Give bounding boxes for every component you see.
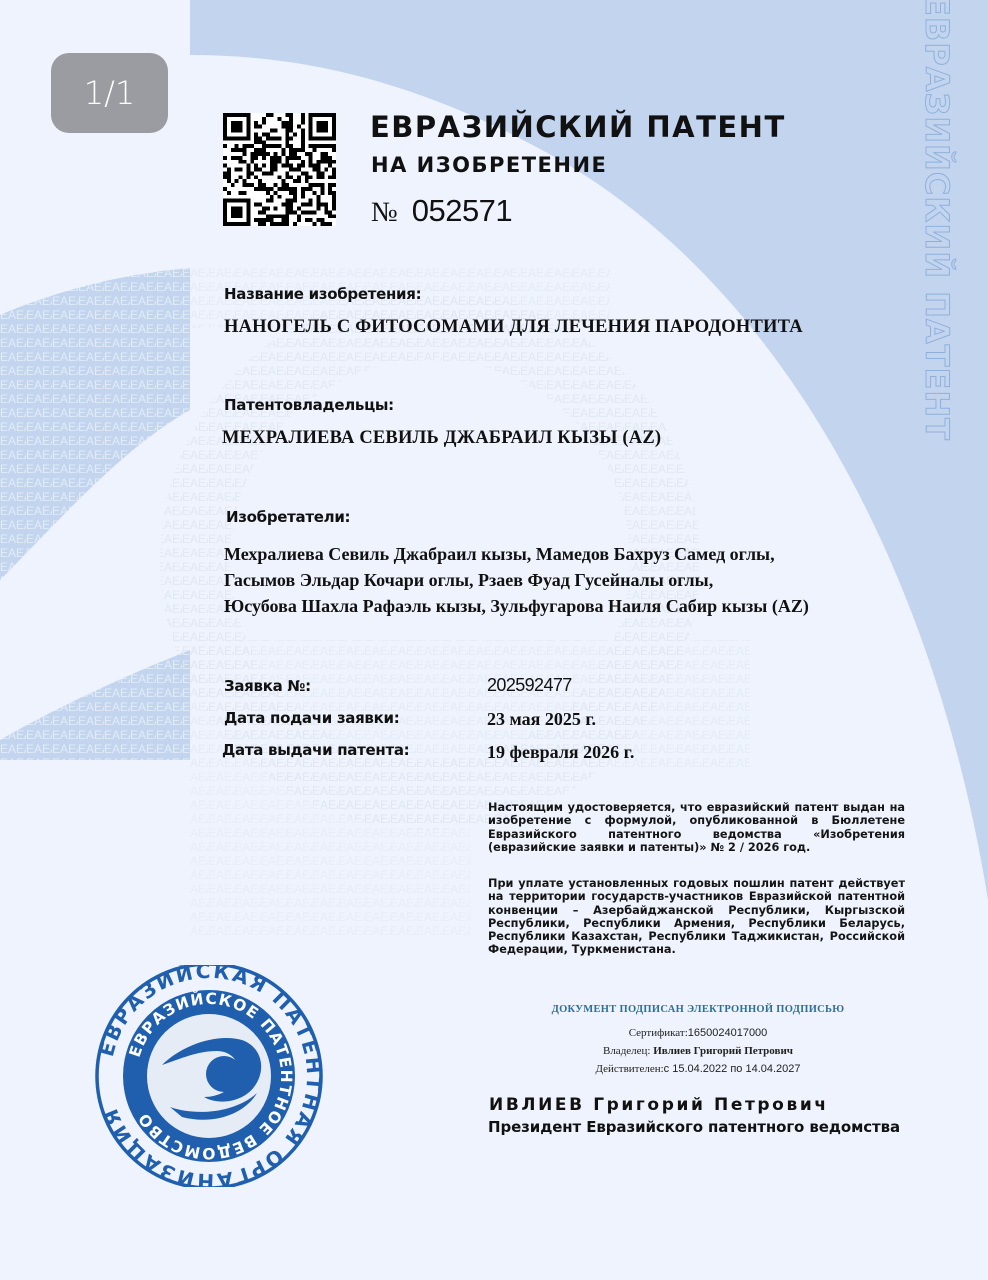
certification-notice: Настоящим удостоверяется, что евразийски… — [488, 801, 905, 854]
document-subtitle: НА ИЗОБРЕТЕНИЕ — [371, 153, 607, 177]
owners-value: МЕХРАЛИЕВА СЕВИЛЬ ДЖАБРАИЛ КЫЗЫ (AZ) — [222, 428, 661, 449]
valid-label: Действителен: — [595, 1063, 663, 1075]
electronic-signature-block: ДОКУМЕНТ ПОДПИСАН ЭЛЕКТРОННОЙ ПОДПИСЬЮ С… — [488, 1004, 908, 1075]
e-signature-title: ДОКУМЕНТ ПОДПИСАН ЭЛЕКТРОННОЙ ПОДПИСЬЮ — [488, 1004, 908, 1015]
filing-date-label: Дата подачи заявки: — [224, 709, 399, 727]
patent-number: № 052571 — [371, 193, 512, 229]
inventors-line: Гасымов Эльдар Кочари оглы, Рзаев Фуад Г… — [224, 567, 809, 593]
application-number-label: Заявка №: — [224, 677, 311, 695]
patent-number-value: 052571 — [412, 193, 512, 229]
grant-date-label: Дата выдачи патента: — [222, 741, 409, 759]
application-number-value: 202592477 — [487, 675, 572, 696]
grant-date-value: 19 февраля 2026 г. — [487, 742, 634, 763]
eapo-seal-icon: ЕВРАЗИЙСКАЯ ПАТЕНТНАЯ ОРГАНИЗАЦИЯ ЕВРАЗИ… — [92, 965, 326, 1187]
inventors-line: Юсубова Шахла Рафаэль кызы, Зульфугарова… — [224, 593, 809, 619]
invention-name: НАНОГЕЛЬ С ФИТОСОМАМИ ДЛЯ ЛЕЧЕНИЯ ПАРОДО… — [224, 317, 803, 338]
certificate-value: 1650024017000 — [688, 1027, 768, 1039]
valid-value: с 15.04.2022 по 14.04.2027 — [664, 1063, 801, 1075]
inventors-line: Мехралиева Севиль Джабраил кызы, Мамедов… — [224, 541, 809, 567]
number-sign: № — [371, 197, 398, 229]
side-watermark-text: ЕВРАЗИЙСКИЙ ПАТЕНТ — [918, 0, 956, 441]
owner-line: Владелец: Ивлиев Григорий Петрович — [488, 1045, 908, 1057]
valid-line: Действителен:с 15.04.2022 по 14.04.2027 — [488, 1063, 908, 1075]
filing-date-value: 23 мая 2025 г. — [487, 709, 596, 730]
document-title: ЕВРАЗИЙСКИЙ ПАТЕНТ — [370, 110, 786, 144]
inventors-list: Мехралиева Севиль Джабраил кызы, Мамедов… — [224, 541, 809, 619]
certificate-line: Сертификат:1650024017000 — [488, 1027, 908, 1039]
page-counter: 1/1 — [51, 53, 168, 133]
qr-code-icon — [223, 113, 336, 226]
owner-value: Ивлиев Григорий Петрович — [653, 1045, 793, 1057]
signer-name: ИВЛИЕВ Григорий Петрович — [489, 1095, 829, 1115]
inventors-label: Изобретатели: — [226, 508, 350, 526]
validity-notice: При уплате установленных годовых пошлин … — [488, 877, 905, 957]
owner-label: Владелец: — [603, 1045, 651, 1057]
invention-name-label: Название изобретения: — [224, 285, 421, 303]
signer-role: Президент Евразийского патентного ведомс… — [488, 1118, 900, 1136]
owners-label: Патентовладельцы: — [224, 396, 394, 414]
certificate-label: Сертификат: — [629, 1027, 688, 1039]
